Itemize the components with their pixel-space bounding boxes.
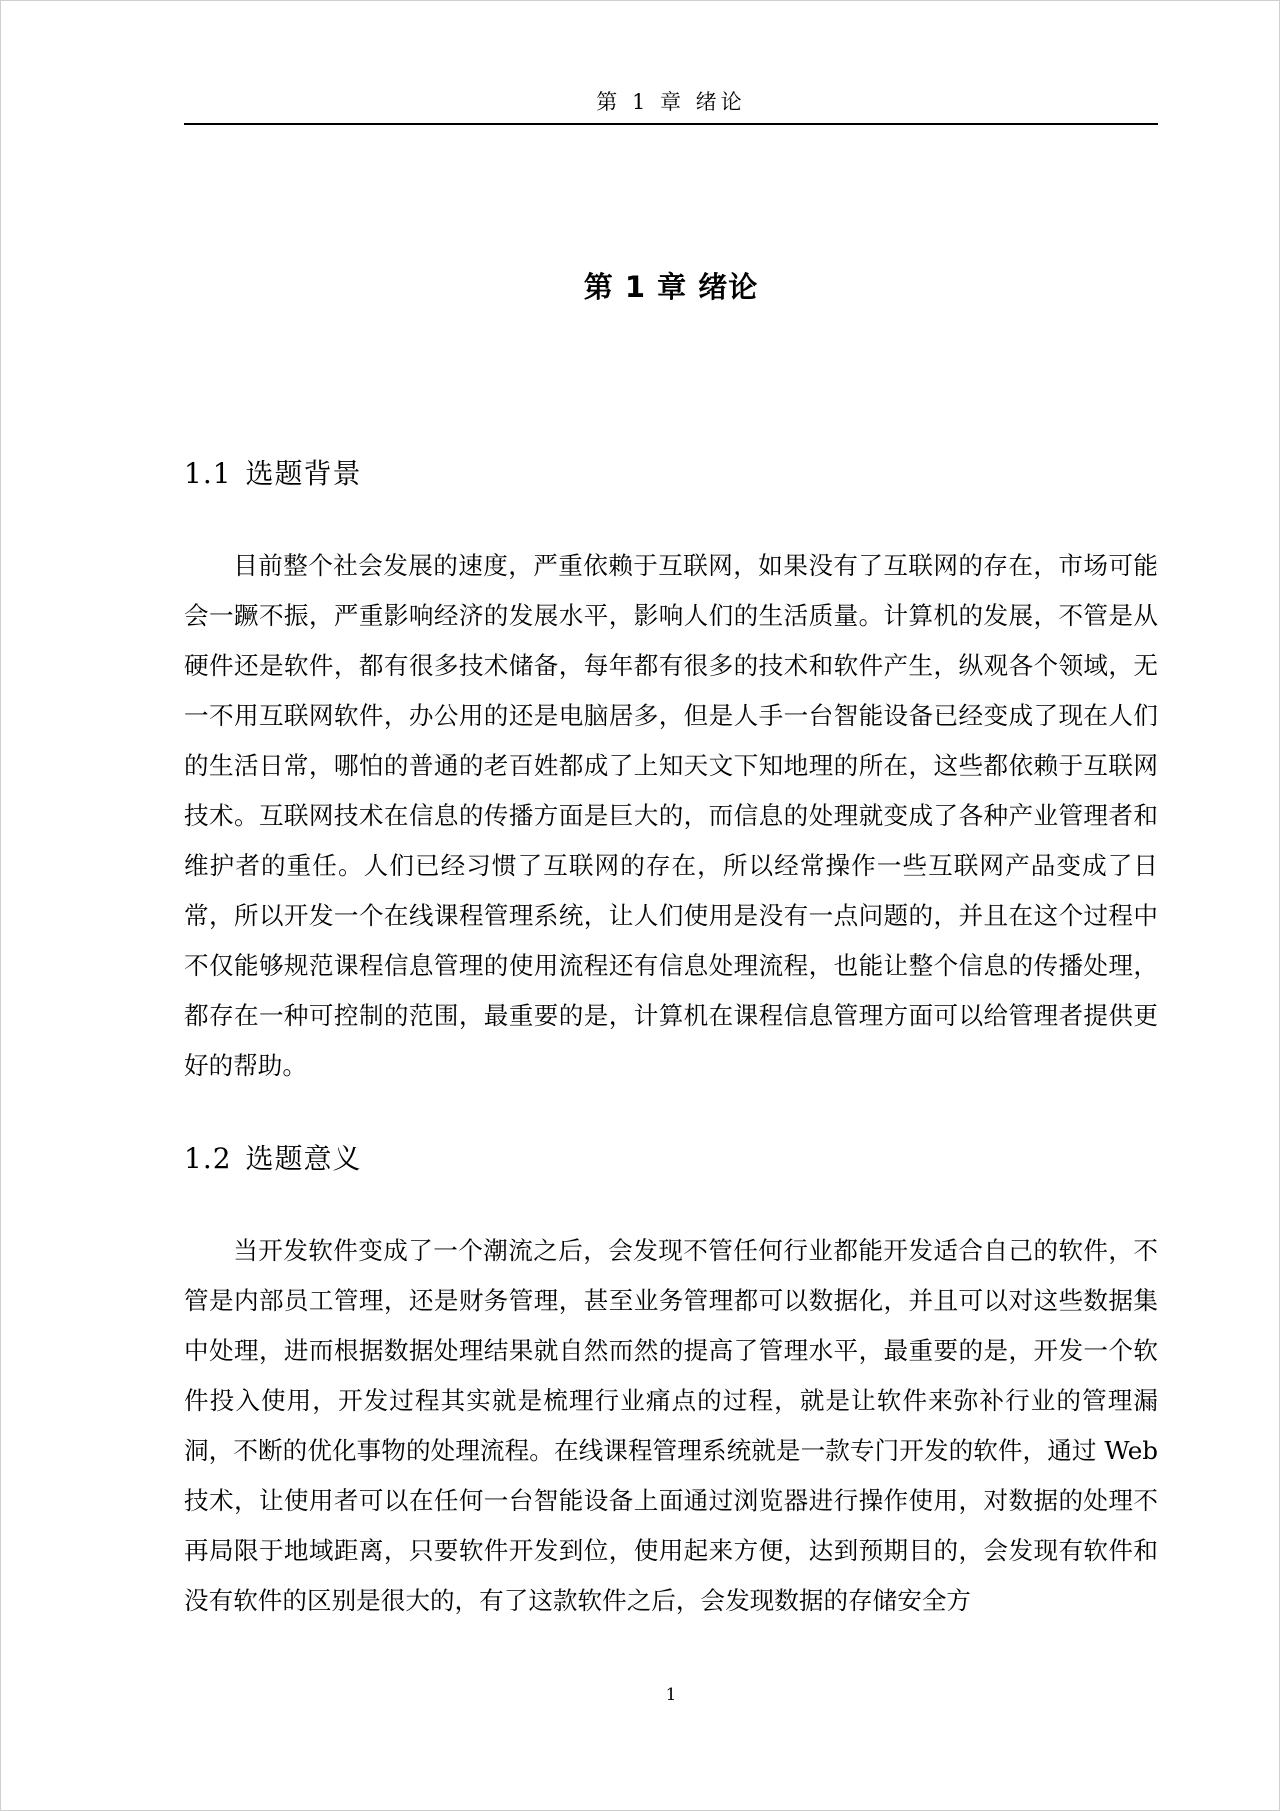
- section-heading-1-1: 1.1选题背景: [184, 456, 362, 492]
- header-rule: [184, 123, 1158, 125]
- section-title: 选题意义: [246, 1142, 362, 1175]
- section-title: 选题背景: [246, 457, 362, 490]
- page-number: 1: [184, 1684, 1158, 1706]
- section-number: 1.2: [184, 1142, 232, 1175]
- section-number: 1.1: [184, 457, 232, 490]
- section-heading-1-2: 1.2选题意义: [184, 1141, 362, 1177]
- section-paragraph-1-1: 目前整个社会发展的速度，严重依赖于互联网，如果没有了互联网的存在，市场可能会一蹶…: [184, 541, 1158, 1091]
- chapter-title: 第 1 章 绪论: [184, 269, 1158, 305]
- document-page: 第 1 章 绪论 第 1 章 绪论 1.1选题背景 目前整个社会发展的速度，严重…: [0, 0, 1280, 1811]
- running-header: 第 1 章 绪论: [184, 89, 1158, 115]
- section-paragraph-1-2: 当开发软件变成了一个潮流之后，会发现不管任何行业都能开发适合自己的软件，不管是内…: [184, 1226, 1158, 1626]
